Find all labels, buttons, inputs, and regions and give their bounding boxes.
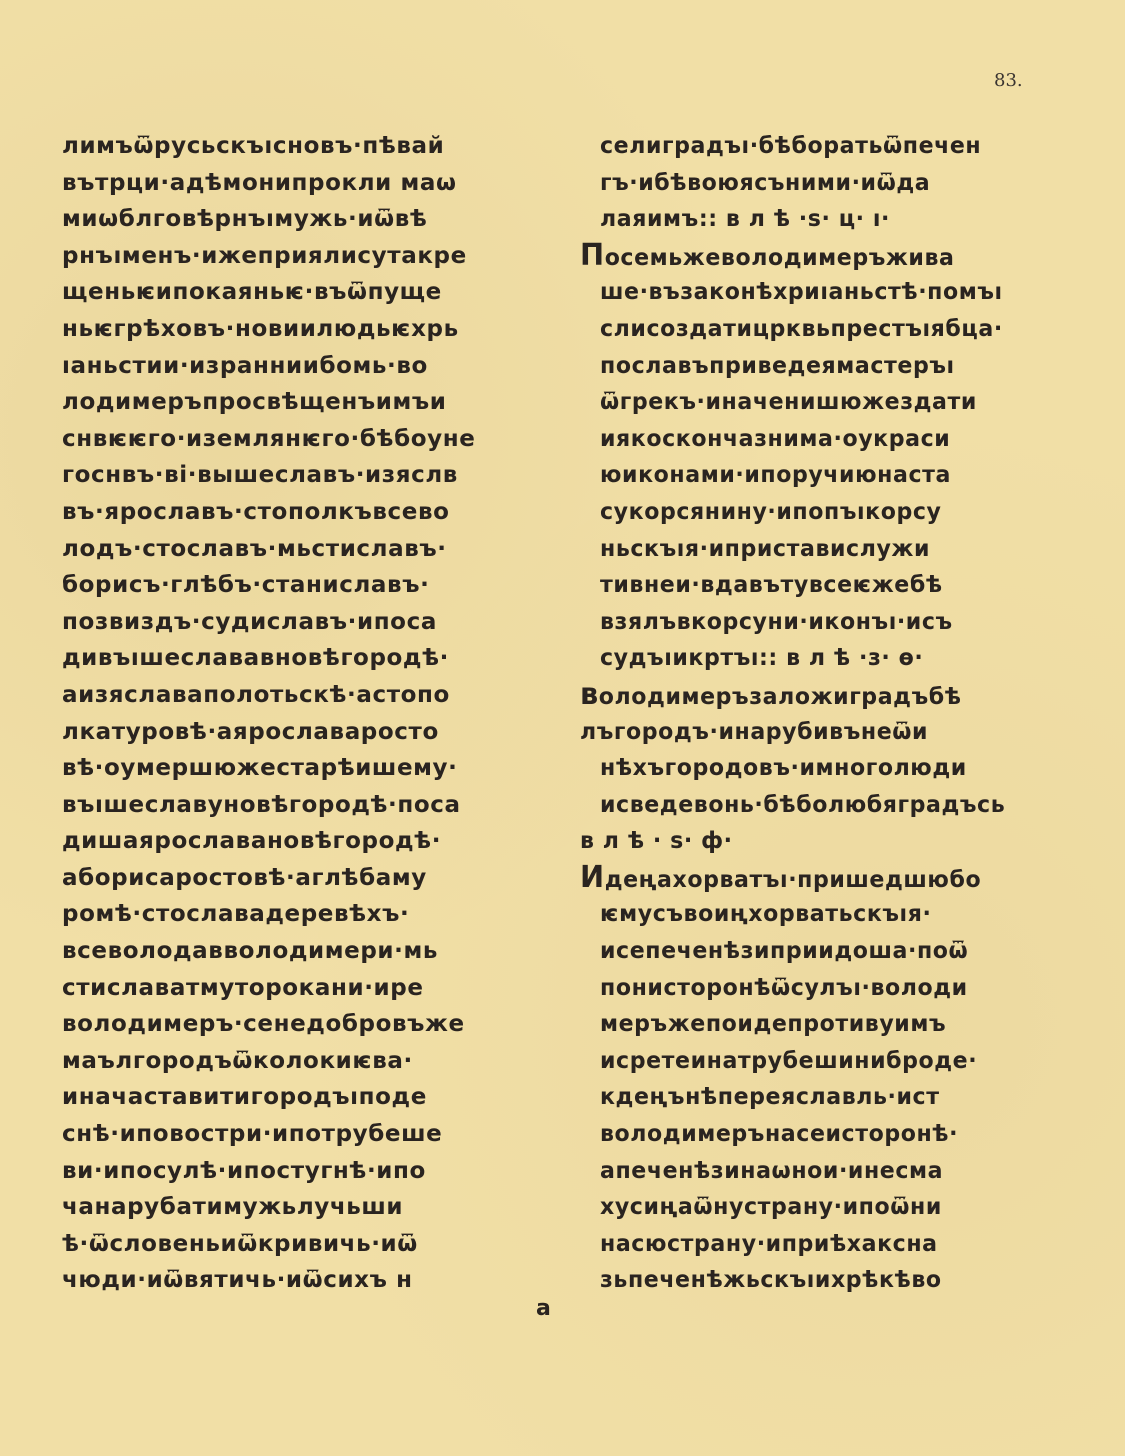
text-line: аизяславаполотьскѣ·астопо — [62, 677, 562, 714]
text-line: ше·възаконѣхриıаньстѣ·помъı — [600, 274, 1094, 311]
text-line: лодъ·стославъ·мьстиславъ· — [62, 531, 562, 568]
text-line: въıшеславуновѣгородѣ·поса — [62, 787, 562, 824]
text-line: щеньѥипокаяньѥ·въѿпуще — [62, 274, 562, 311]
text-line: судъıикртъı:: в л ѣ ·з· ѳ· — [600, 640, 1094, 677]
text-line: тивнеи·вдавътувсеѥжебѣ — [600, 567, 1094, 604]
text-line: пославъприведеямастеръı — [600, 348, 1094, 385]
right-text-column: селиградъı·бѣборатьѿпечен гъ·ибѣвоюясъни… — [600, 128, 1115, 1299]
text-line: зьпеченѣжьскъıихрѣкѣво — [600, 1262, 1094, 1299]
text-line: сукорсянину·ипопъıкорсу — [600, 494, 1094, 531]
page-number: 83. — [994, 70, 1023, 91]
text-line: позвиздъ·судиславъ·ипоса — [62, 604, 562, 641]
text-line: володимерънасеисторонѣ· — [600, 1116, 1094, 1153]
text-line: снѣ·иповостри·ипотрубеше — [62, 1116, 562, 1153]
text-line: взялъвкорсуни·иконъı·исъ — [600, 604, 1094, 641]
text-line-initial: володимеръзаложиградъбѣ — [580, 677, 1094, 714]
text-line: чюди·иѿвятичь·иѿсихъ н — [62, 1262, 562, 1299]
text-line: селиградъı·бѣборатьѿпечен — [600, 128, 1094, 165]
text-line: аборисаростовѣ·аглѣбаму — [62, 860, 562, 897]
text-line: миѡблговѣрнъıмужь·иѿвѣ — [62, 201, 562, 238]
text-line: слисоздатицрквьпрестъıябца· — [600, 311, 1094, 348]
text-line: рнъıменъ·ижеприялисутакре — [62, 238, 562, 275]
text-line: исепеченѣзиприидоша·поѿ — [600, 933, 1094, 970]
text-line: юиконами·ипоручиюнаста — [600, 457, 1094, 494]
text-line: лъгородъ·инарубивънеѿи — [580, 714, 1094, 751]
text-line: всеволодавволодимери·мь — [62, 933, 562, 970]
text-line: насюстрану·иприѣхаксна — [600, 1226, 1094, 1263]
text-line: понисторонѣѿсулъı·володи — [600, 970, 1094, 1007]
left-text-column: лимъѿрусьскъıсновъ·пѣвай вътрци·адѣмонип… — [62, 128, 562, 1299]
text-line: дивъıшеслававновѣгородѣ· — [62, 640, 562, 677]
text-line: стиславатмуторокани·ире — [62, 970, 562, 1007]
text-line: ѣ·ѿсловеньиѿкривичь·иѿ — [62, 1226, 562, 1263]
text-line: снвѥѥго·иземлянѥго·бѣбоуне — [62, 421, 562, 458]
text-line: апеченѣзинаѡнои·инесма — [600, 1153, 1094, 1190]
text-line: ıаньстии·изранниибомь·во — [62, 348, 562, 385]
text-line: иякоскончазнима·оукраси — [600, 421, 1094, 458]
text-line: борисъ·глѣбъ·станиславъ· — [62, 567, 562, 604]
text-line: ѿгрекъ·иначенишюжездати — [600, 384, 1094, 421]
text-line: ви·ипосулѣ·ипостугнѣ·ипо — [62, 1153, 562, 1190]
text-line: лаяимъ:: в л ѣ ·ѕ· ц· ı· — [600, 201, 1094, 238]
text-line-initial: Идеңахорватъı·пришедшюбо — [580, 860, 1094, 897]
text-line: вътрци·адѣмонипрокли маѡ — [62, 165, 562, 202]
text-line: гъ·ибѣвоюясъними·иѿда — [600, 165, 1094, 202]
text-line: володимеръ·сенедобровъже — [62, 1006, 562, 1043]
text-line: ѥмусъвоиңхорватьскъıя· — [600, 896, 1094, 933]
text-line: ньскъıя·иприставислужи — [600, 531, 1094, 568]
text-line: лимъѿрусьскъıсновъ·пѣвай — [62, 128, 562, 165]
catchword: а — [536, 1296, 551, 1321]
text-line: в л ѣ · ѕ· ф· — [580, 823, 1094, 860]
text-line: ромѣ·стославадеревѣхъ· — [62, 896, 562, 933]
text-line: маългородъѿколокиѥва· — [62, 1043, 562, 1080]
text-line-initial: Посемьжеволодимеръжива — [580, 238, 1094, 275]
text-line: иначаставитигородъıподе — [62, 1079, 562, 1116]
text-line: ньѥгрѣховъ·новиилюдьѥхрь — [62, 311, 562, 348]
text-line: вѣ·оумершюжестарѣишему· — [62, 750, 562, 787]
text-line: лодимеръпросвѣщенъимъи — [62, 384, 562, 421]
text-line: нѣхъгородовъ·имноголюди — [600, 750, 1094, 787]
text-line: чанарубатимужьлучьши — [62, 1189, 562, 1226]
text-line: дишаярославановѣгородѣ· — [62, 823, 562, 860]
text-line: въ·ярославъ·стополкъвсево — [62, 494, 562, 531]
text-line: меръжепоидепротивуимъ — [600, 1006, 1094, 1043]
text-line: госнвъ·ві·вышеславъ·изяслв — [62, 457, 562, 494]
text-line: кдеңънѣпереяславль·ист — [600, 1079, 1094, 1116]
text-line: исведевонь·бѣболюбяградъсь — [600, 787, 1094, 824]
text-line: исретеинатрубешиниброде· — [600, 1043, 1094, 1080]
text-line: хусиңаѿнустрану·ипоѿни — [600, 1189, 1094, 1226]
text-line: лкатуровѣ·аярославаросто — [62, 714, 562, 751]
